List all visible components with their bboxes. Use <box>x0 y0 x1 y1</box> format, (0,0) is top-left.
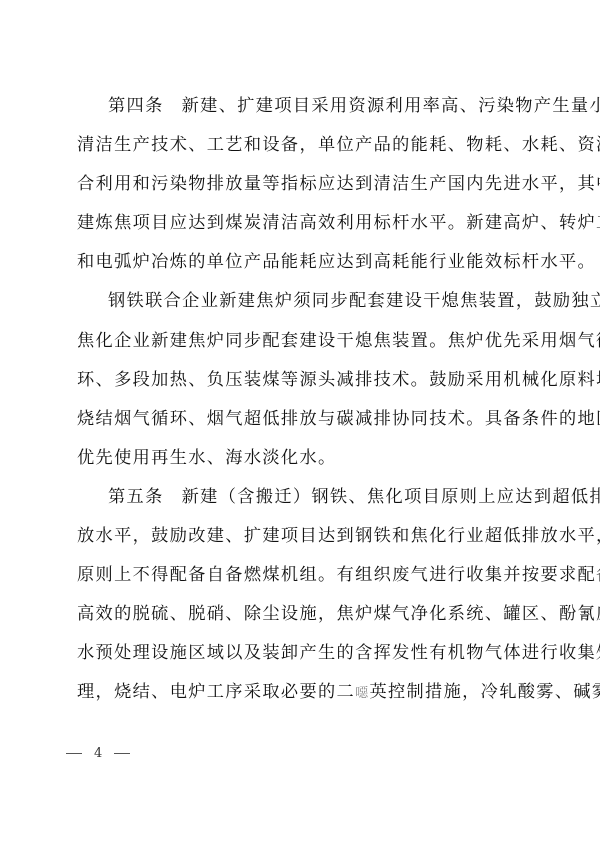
paragraph-line: 高效的脱硫、脱硝、除尘设施，焦炉煤气净化系统、罐区、酚氰废 <box>77 595 527 634</box>
paragraph-line: 第四条新建、扩建项目采用资源利用率高、污染物产生量小的 <box>77 87 527 126</box>
paragraph-line: 环、多段加热、负压装煤等源头减排技术。鼓励采用机械化原料场、 <box>77 361 527 400</box>
article-heading: 第四条 <box>108 96 164 116</box>
composite-character: 噁 <box>355 686 369 701</box>
paragraph-line: 原则上不得配备自备燃煤机组。有组织废气进行收集并按要求配备 <box>77 556 527 595</box>
dash-right <box>114 753 130 754</box>
line-text: 英控制措施，冷轧酸雾、碱雾、 <box>369 682 600 702</box>
document-body: 第四条新建、扩建项目采用资源利用率高、污染物产生量小的 清洁生产技术、工艺和设备… <box>77 87 527 713</box>
paragraph-line: 水预处理设施区域以及装卸产生的含挥发性有机物气体进行收集处 <box>77 634 527 673</box>
paragraph-line: 第五条新建（含搬迁）钢铁、焦化项目原则上应达到超低排 <box>77 478 527 517</box>
line-text: 理，烧结、电炉工序采取必要的二 <box>77 682 355 702</box>
paragraph-line: 烧结烟气循环、烟气超低排放与碳减排协同技术。具备条件的地区， <box>77 400 527 439</box>
page-footer: 4 <box>66 746 130 761</box>
document-page: 第四条新建、扩建项目采用资源利用率高、污染物产生量小的 清洁生产技术、工艺和设备… <box>0 0 600 848</box>
page-number: 4 <box>94 746 102 761</box>
paragraph-line: 优先使用再生水、海水淡化水。 <box>77 439 527 478</box>
article-heading: 第五条 <box>108 487 164 507</box>
paragraph-line: 放水平，鼓励改建、扩建项目达到钢铁和焦化行业超低排放水平， <box>77 517 527 556</box>
line-text: 新建（含搬迁）钢铁、焦化项目原则上应达到超低排 <box>182 487 600 507</box>
paragraph-line: 和电弧炉冶炼的单位产品能耗应达到高耗能行业能效标杆水平。 <box>77 243 527 282</box>
paragraph-line: 清洁生产技术、工艺和设备，单位产品的能耗、物耗、水耗、资源综 <box>77 126 527 165</box>
paragraph-line: 建炼焦项目应达到煤炭清洁高效利用标杆水平。新建高炉、转炉工序 <box>77 204 527 243</box>
paragraph-line: 钢铁联合企业新建焦炉须同步配套建设干熄焦装置，鼓励独立 <box>77 282 527 321</box>
paragraph-line: 焦化企业新建焦炉同步配套建设干熄焦装置。焦炉优先采用烟气循 <box>77 322 527 361</box>
line-text: 新建、扩建项目采用资源利用率高、污染物产生量小的 <box>182 96 600 116</box>
dash-left <box>66 753 82 754</box>
paragraph-line: 理，烧结、电炉工序采取必要的二噁英控制措施，冷轧酸雾、碱雾、 <box>77 673 527 712</box>
paragraph-line: 合利用和污染物排放量等指标应达到清洁生产国内先进水平，其中新 <box>77 165 527 204</box>
